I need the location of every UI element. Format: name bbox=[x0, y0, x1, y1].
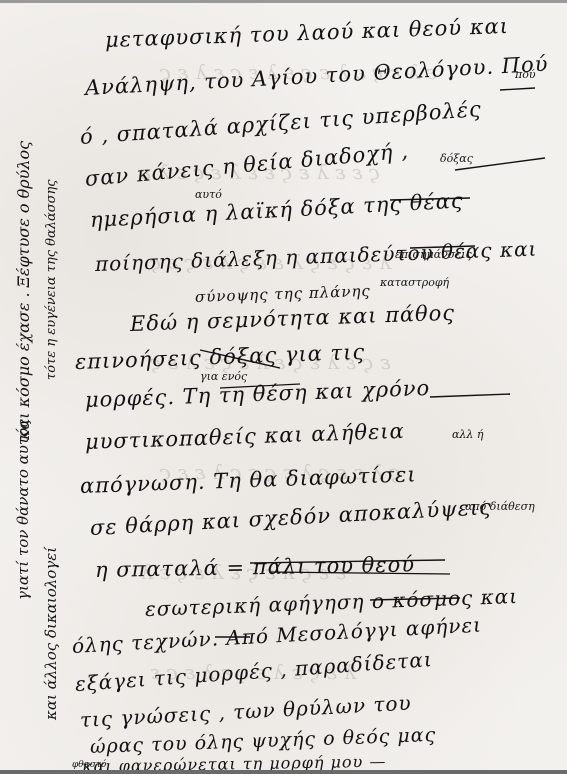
scan-bottom-edge bbox=[0, 770, 567, 774]
margin-note: γιατί τον θάνατο αυτός bbox=[14, 419, 32, 600]
margin-note: και άλλος δικαιολογεί bbox=[42, 547, 60, 720]
margin-note: τότε η ευγένεια της θαλάσσης bbox=[44, 179, 59, 380]
manuscript-page: ε λ ε ς ε λ ε ς ε λ ε ς ε λ ε ς ς ε ε λ … bbox=[0, 0, 567, 774]
margin-note: και κόσμο έχασε . Ξέφτυσε ο θρύλος bbox=[14, 141, 33, 440]
strikethrough-marks bbox=[0, 0, 567, 774]
